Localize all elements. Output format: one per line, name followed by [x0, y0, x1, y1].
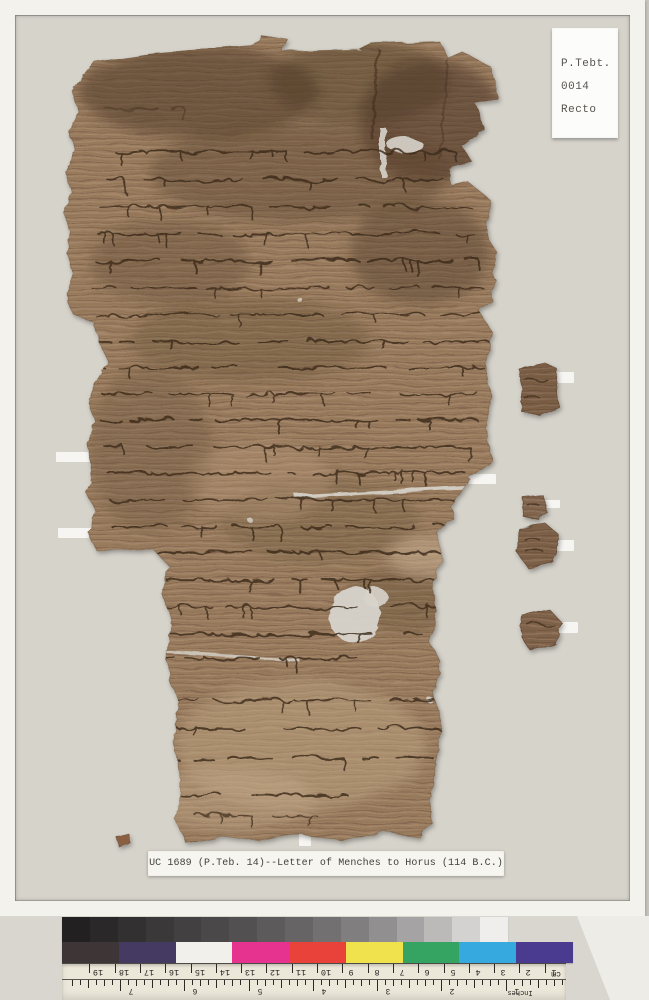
ruler-inch-tick [474, 980, 475, 988]
ruler-inch-tick [313, 980, 314, 991]
specimen-label: P.Tebt. 0014 Recto [552, 28, 618, 138]
ruler-inch-tick [441, 980, 442, 991]
ruler-cm-number-4: 4 [470, 966, 486, 978]
color-patch-8 [459, 942, 516, 963]
ruler-inch-tick [498, 980, 499, 985]
ruler-inch-tick [208, 980, 209, 985]
grayscale-wedge [62, 917, 508, 942]
grayscale-step-10 [313, 917, 341, 942]
ruler-inch-tick [240, 980, 241, 985]
grayscale-step-16 [480, 917, 508, 942]
ruler-inch-tick [80, 980, 81, 985]
grayscale-step-15 [452, 917, 480, 942]
ruler-inch-number-5: 5 [252, 984, 268, 996]
ruler-cm-number-9: 9 [343, 966, 359, 978]
ruler-inch-tick [281, 980, 282, 988]
color-patch-2 [119, 942, 176, 963]
color-calibration-bar [62, 942, 573, 963]
ruler-inch-tick [96, 980, 97, 985]
ruler-inch-tick [232, 980, 233, 986]
ruler-inch-tick [249, 980, 250, 991]
grayscale-step-6 [201, 917, 229, 942]
ruler-inch-tick [353, 980, 354, 985]
ruler-inch-tick [425, 980, 426, 986]
ruler-inch-tick [369, 980, 370, 985]
ruler-inch-tick [538, 980, 539, 988]
grayscale-step-4 [146, 917, 174, 942]
ruler-inch-tick [120, 980, 121, 991]
ruler-inch-tick [409, 980, 410, 988]
ruler-inch-number-6: 6 [187, 984, 203, 996]
ruler-inch-tick [305, 980, 306, 985]
grayscale-step-1 [62, 917, 90, 942]
ruler-inch-tick [176, 980, 177, 985]
color-patch-1 [62, 942, 119, 963]
grayscale-step-13 [397, 917, 425, 942]
ruler-inch-tick [273, 980, 274, 985]
ruler-inch-tick [490, 980, 491, 986]
ruler-inch-number-2: 2 [444, 984, 460, 996]
ruler-inch-tick [289, 980, 290, 985]
ruler-inch-tick [377, 980, 378, 991]
ruler-cm-number-11: 11 [293, 966, 309, 978]
ruler-inch-tick [417, 980, 418, 985]
specimen-label-line1: P.Tebt. [561, 53, 618, 76]
ruler-cm-number-14: 14 [217, 966, 233, 978]
grayscale-step-3 [118, 917, 146, 942]
ruler-inch-tick [88, 980, 89, 988]
ruler-cm-number-15: 15 [192, 966, 208, 978]
grayscale-step-7 [229, 917, 257, 942]
ruler-inch-tick [224, 980, 225, 985]
ruler-cm-number-13: 13 [242, 966, 258, 978]
ruler-cm-number-19: 19 [90, 966, 106, 978]
grayscale-step-14 [424, 917, 452, 942]
archival-photo-canvas: P.Tebt. 0014 Recto UC 1689 (P.Teb. 14)--… [0, 0, 649, 1000]
ruler-inch-tick [506, 980, 507, 991]
ruler-inch-tick [401, 980, 402, 985]
caption-label: UC 1689 (P.Teb. 14)--Letter of Menches t… [148, 851, 504, 876]
ruler-inch-tick [482, 980, 483, 985]
ruler-inch-tick [554, 980, 555, 986]
ruler-inch-tick [72, 980, 73, 986]
color-patch-3 [176, 942, 233, 963]
grayscale-step-2 [90, 917, 118, 942]
ruler-cm-number-6: 6 [419, 966, 435, 978]
ruler-cm-number-1: 1 [546, 966, 562, 978]
ruler-inch-tick [184, 980, 185, 991]
color-patch-6 [346, 942, 403, 963]
specimen-label-line2: 0014 [561, 76, 618, 99]
ruler-inch-tick [112, 980, 113, 985]
ruler-inch-tick [168, 980, 169, 986]
color-patch-7 [403, 942, 460, 963]
color-patch-5 [289, 942, 346, 963]
color-patch-4 [232, 942, 289, 963]
ruler-inch-tick [297, 980, 298, 986]
ruler-cm-number-16: 16 [166, 966, 182, 978]
grayscale-step-11 [341, 917, 369, 942]
ruler-cm-number-12: 12 [267, 966, 283, 978]
ruler-cm-number-7: 7 [394, 966, 410, 978]
grayscale-step-5 [174, 917, 202, 942]
grayscale-step-8 [257, 917, 285, 942]
grayscale-step-9 [285, 917, 313, 942]
ruler-inch-tick [337, 980, 338, 985]
ruler-inch-tick [466, 980, 467, 985]
color-patch-9 [516, 942, 573, 963]
ruler-cm-number-10: 10 [318, 966, 334, 978]
ruler-inch-tick [144, 980, 145, 985]
ruler-inch-number-7: 7 [123, 984, 139, 996]
ruler-inch-number-1: 1 [509, 984, 525, 996]
ruler-inch-number-4: 4 [316, 984, 332, 996]
ruler-cm-number-2: 2 [520, 966, 536, 978]
ruler-inch-tick [562, 980, 563, 985]
photographic-ruler: cm Inches 123456789101112131415161718191… [62, 963, 566, 1000]
ruler-inch-tick [216, 980, 217, 988]
ruler-inch-tick [345, 980, 346, 988]
ruler-inch-tick [361, 980, 362, 986]
ruler-cm-number-8: 8 [369, 966, 385, 978]
ruler-cm-number-17: 17 [141, 966, 157, 978]
ruler-inch-tick [433, 980, 434, 985]
papyrus-photo [15, 15, 630, 901]
ruler-cm-number-5: 5 [445, 966, 461, 978]
specimen-label-line3: Recto [561, 99, 618, 122]
ruler-inch-tick [160, 980, 161, 985]
ruler-inch-tick [530, 980, 531, 985]
ruler-inch-tick [152, 980, 153, 988]
ruler-inch-tick [104, 980, 105, 986]
ruler-inch-tick [546, 980, 547, 985]
ruler-inch-number-3: 3 [380, 984, 396, 996]
ruler-cm-number-18: 18 [116, 966, 132, 978]
ruler-cm-number-3: 3 [495, 966, 511, 978]
grayscale-step-12 [369, 917, 397, 942]
